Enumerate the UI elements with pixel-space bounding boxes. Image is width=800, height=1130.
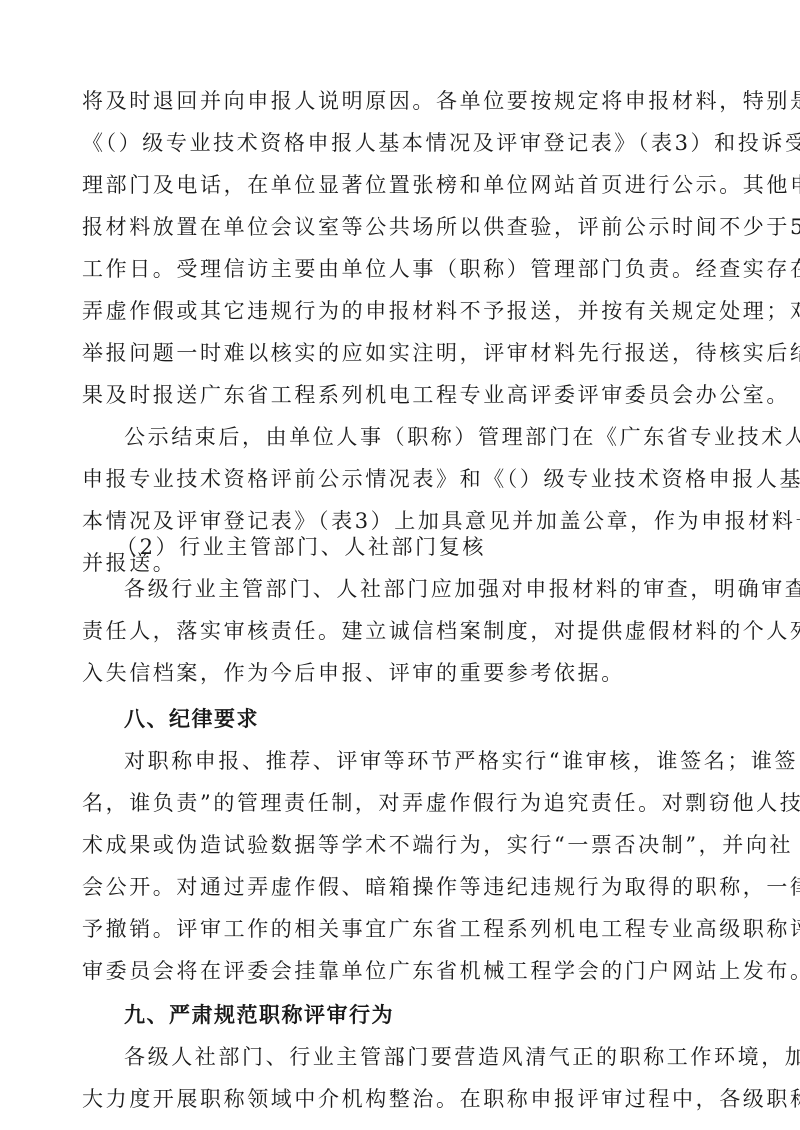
paragraph-line: 责任人，落实审核责任。建立诚信档案制度，对提供虚假材料的个人列 [82, 616, 722, 646]
section-heading: 九、严肃规范职称评审行为 [124, 1000, 764, 1030]
paragraph-line: 大力度开展职称领域中介机构整治。在职称申报评审过程中，各级职称 [82, 1084, 722, 1114]
paragraph-line: 各级行业主管部门、人社部门应加强对申报材料的审查，明确审查 [124, 574, 764, 604]
subsection-heading: （2）行业主管部门、人社部门复核 [116, 532, 756, 562]
paragraph-line: 《（）级专业技术资格申报人基本情况及评审登记表》（表3）和投诉受 [82, 128, 722, 158]
paragraph-line: 理部门及电话，在单位显著位置张榜和单位网站首页进行公示。其他申 [82, 170, 722, 200]
paragraph-line: 将及时退回并向申报人说明原因。各单位要按规定将申报材料，特别是 [82, 86, 722, 116]
paragraph-line: 予撤销。评审工作的相关事宜广东省工程系列机电工程专业高级职称评 [82, 914, 722, 944]
paragraph-line: 会公开。对通过弄虚作假、暗箱操作等违纪违规行为取得的职称，一律 [82, 872, 722, 902]
paragraph-line: 术成果或伪造试验数据等学术不端行为，实行“一票否决制”，并向社 [82, 830, 722, 860]
paragraph-line: 果及时报送广东省工程系列机电工程专业高评委评审委员会办公室。 [82, 380, 722, 410]
paragraph-line: 报材料放置在单位会议室等公共场所以供查验，评前公示时间不少于5个 [82, 212, 722, 242]
section-heading: 八、纪律要求 [124, 704, 764, 734]
paragraph-line: 入失信档案，作为今后申报、评审的重要参考依据。 [82, 658, 722, 688]
paragraph-line: 对职称申报、推荐、评审等环节严格实行“谁审核，谁签名；谁签 [124, 746, 764, 776]
document-page: 将及时退回并向申报人说明原因。各单位要按规定将申报材料，特别是 《（）级专业技术… [0, 0, 800, 1130]
paragraph-line: 名，谁负责”的管理责任制，对弄虚作假行为追究责任。对剽窃他人技 [82, 788, 722, 818]
paragraph-line: 审委员会将在评委会挂靠单位广东省机械工程学会的门户网站上发布。 [82, 956, 722, 986]
page-number: 8 [0, 1055, 800, 1071]
paragraph-line: 弄虚作假或其它违规行为的申报材料不予报送，并按有关规定处理；对 [82, 296, 722, 326]
paragraph-line: 申报专业技术资格评前公示情况表》和《（）级专业技术资格申报人基 [82, 464, 722, 494]
paragraph-line: 公示结束后，由单位人事（职称）管理部门在《广东省专业技术人员 [124, 422, 764, 452]
paragraph-line: 举报问题一时难以核实的应如实注明，评审材料先行报送，待核实后结 [82, 338, 722, 368]
paragraph-line: 工作日。受理信访主要由单位人事（职称）管理部门负责。经查实存在 [82, 254, 722, 284]
